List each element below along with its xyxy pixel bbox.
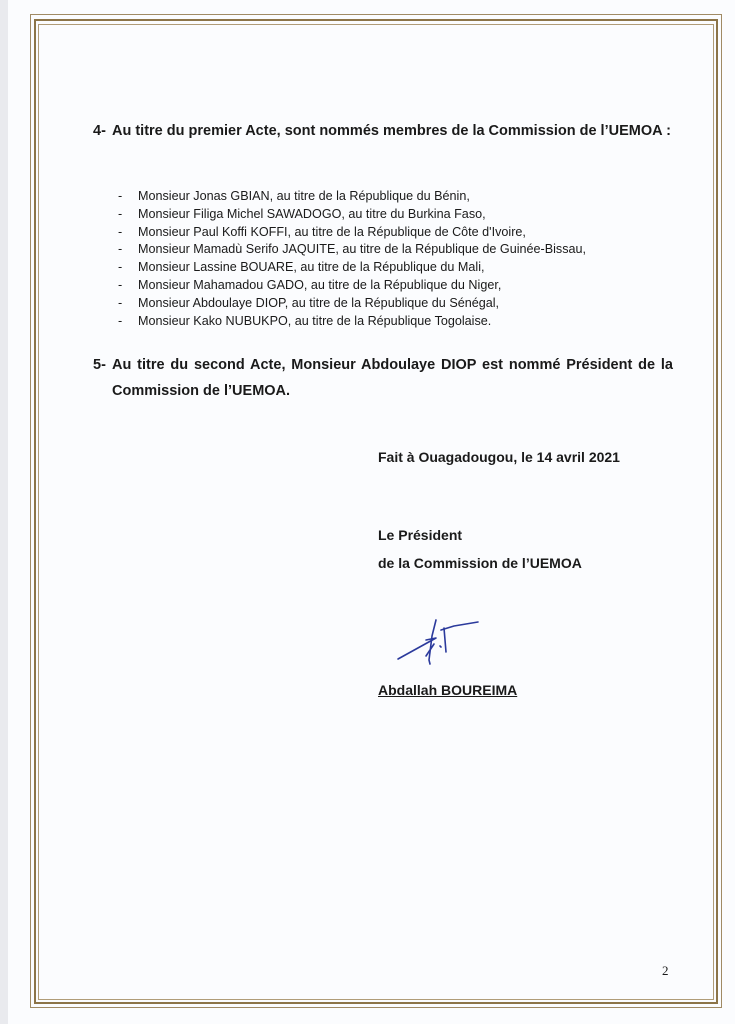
member-item: -Monsieur Abdoulaye DIOP, au titre de la…	[118, 295, 678, 313]
article-5: 5- Au titre du second Acte, Monsieur Abd…	[93, 352, 673, 404]
member-text: Monsieur Abdoulaye DIOP, au titre de la …	[138, 296, 499, 310]
member-item: -Monsieur Kako NUBUKPO, au titre de la R…	[118, 313, 678, 331]
article-5-number: 5-	[93, 352, 106, 378]
signatory-title-line1: Le Président	[378, 527, 462, 543]
member-item: -Monsieur Mahamadou GADO, au titre de la…	[118, 277, 678, 295]
article-5-text: Au titre du second Acte, Monsieur Abdoul…	[112, 352, 673, 404]
page-border-inner	[38, 24, 714, 1000]
article-4-number: 4-	[93, 118, 106, 144]
dash-bullet: -	[118, 259, 122, 277]
dash-bullet: -	[118, 241, 122, 259]
member-text: Monsieur Kako NUBUKPO, au titre de la Ré…	[138, 314, 491, 328]
dash-bullet: -	[118, 224, 122, 242]
article-4: 4- Au titre du premier Acte, sont nommés…	[93, 118, 673, 144]
dash-bullet: -	[118, 206, 122, 224]
dash-bullet: -	[118, 295, 122, 313]
place-date: Fait à Ouagadougou, le 14 avril 2021	[378, 449, 620, 465]
dash-bullet: -	[118, 277, 122, 295]
member-item: -Monsieur Lassine BOUARE, au titre de la…	[118, 259, 678, 277]
member-text: Monsieur Mahamadou GADO, au titre de la …	[138, 278, 501, 292]
dash-bullet: -	[118, 313, 122, 331]
member-text: Monsieur Paul Koffi KOFFI, au titre de l…	[138, 225, 526, 239]
signature-icon	[396, 616, 496, 676]
member-text: Monsieur Lassine BOUARE, au titre de la …	[138, 260, 485, 274]
member-text: Monsieur Mamadù Serifo JAQUITE, au titre…	[138, 242, 586, 256]
page-number: 2	[662, 963, 669, 979]
article-4-text: Au titre du premier Acte, sont nommés me…	[112, 118, 673, 144]
signatory-name: Abdallah BOUREIMA	[378, 682, 517, 698]
member-item: -Monsieur Jonas GBIAN, au titre de la Ré…	[118, 188, 678, 206]
member-text: Monsieur Jonas GBIAN, au titre de la Rép…	[138, 189, 470, 203]
member-item: -Monsieur Mamadù Serifo JAQUITE, au titr…	[118, 241, 678, 259]
members-list: -Monsieur Jonas GBIAN, au titre de la Ré…	[118, 188, 678, 330]
member-item: -Monsieur Filiga Michel SAWADOGO, au tit…	[118, 206, 678, 224]
signatory-title-line2: de la Commission de l’UEMOA	[378, 555, 582, 571]
member-item: -Monsieur Paul Koffi KOFFI, au titre de …	[118, 224, 678, 242]
dash-bullet: -	[118, 188, 122, 206]
member-text: Monsieur Filiga Michel SAWADOGO, au titr…	[138, 207, 486, 221]
document-page	[8, 0, 735, 1024]
